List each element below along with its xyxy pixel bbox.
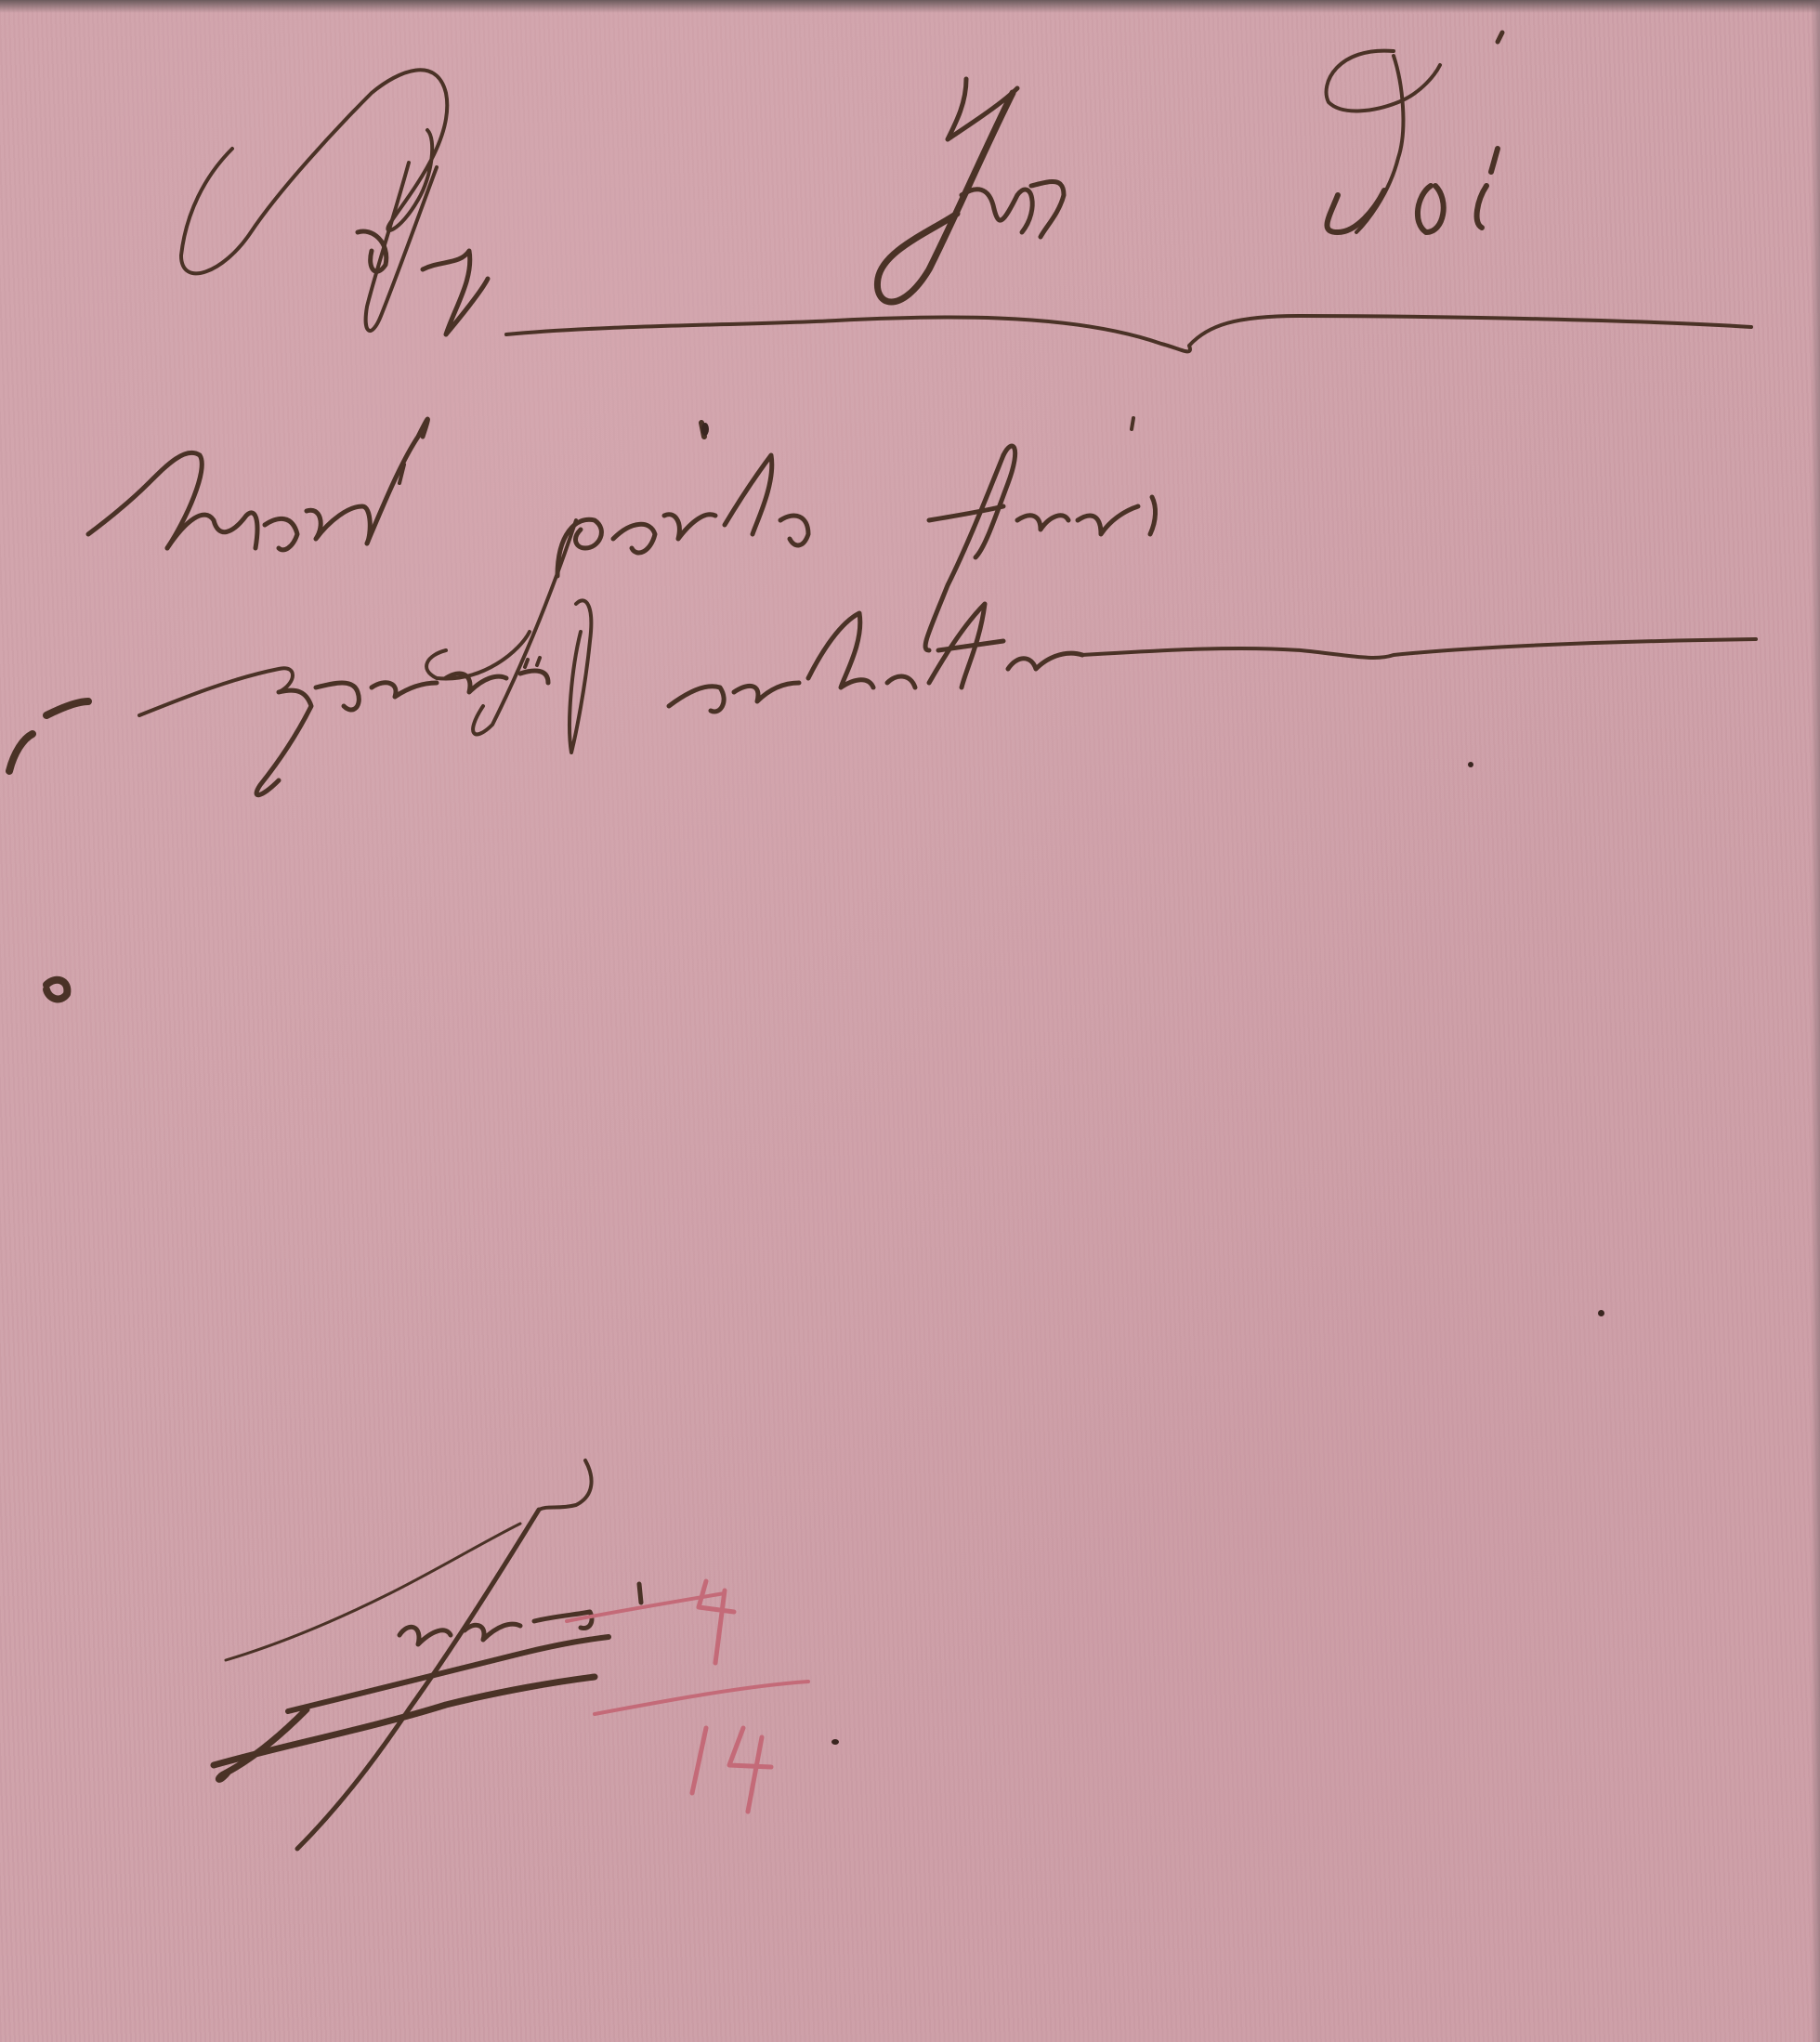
red-crayon-fraction [0, 0, 1820, 2042]
crayon-denominator-1 [692, 1728, 706, 1793]
crayon-denominator-4 [729, 1728, 771, 1812]
ink-speck [831, 1739, 839, 1745]
crayon-fraction-bar [595, 1682, 808, 1714]
ink-speck [1468, 762, 1473, 767]
ink-speck [701, 423, 709, 436]
ink-speck [1598, 1310, 1604, 1316]
